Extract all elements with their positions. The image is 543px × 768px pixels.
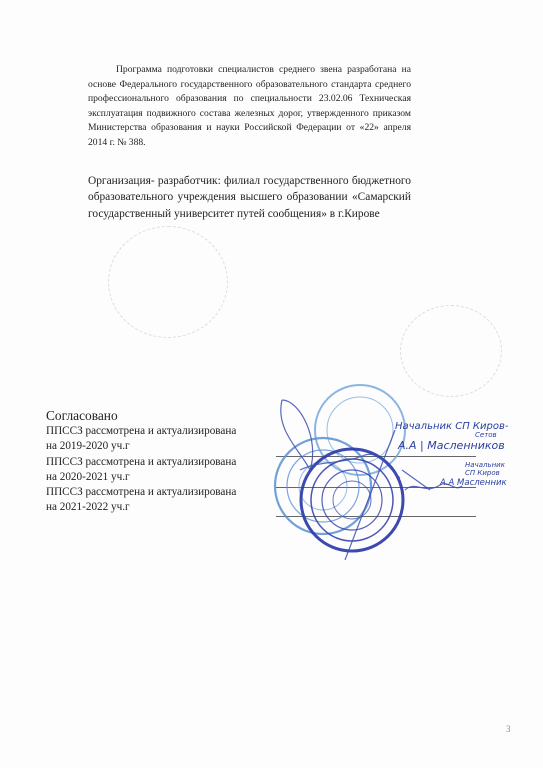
stamp-medium-icon: [275, 438, 371, 534]
signature-1-name: Начальник А.А | Масленников: [398, 439, 505, 452]
signature-2-title: Начальник СП Киров: [465, 461, 505, 477]
signature-1-subtitle: Сетов: [475, 431, 497, 439]
document-page: Программа подготовки специалистов средне…: [0, 0, 543, 768]
stamp-light-icon: [315, 385, 405, 475]
signature-2-name: А.А Масленник: [440, 478, 507, 488]
page-number: 3: [506, 724, 511, 734]
stamps-overlay: [0, 0, 543, 768]
